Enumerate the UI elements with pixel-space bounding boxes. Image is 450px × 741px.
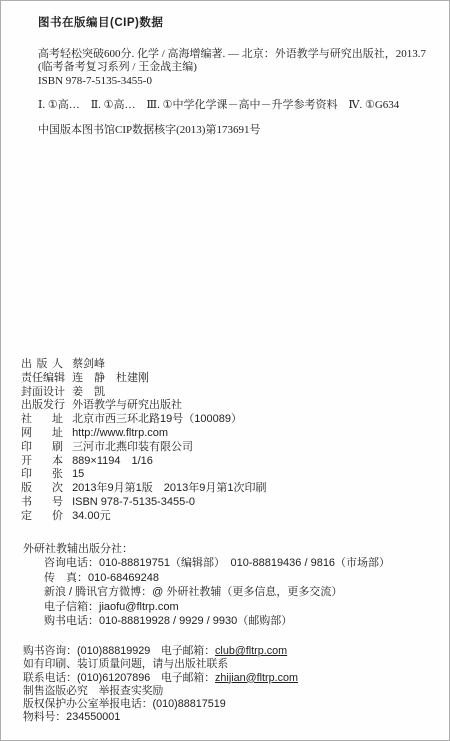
- branch-fax-line: 传 真：010-68469248: [44, 571, 390, 585]
- branch-phone-line: 咨询电话：010-88819751（编辑部） 010-88819436 / 98…: [44, 556, 390, 570]
- quality-issue-line: 如有印刷、装订质量问题，请与出版社联系: [23, 658, 298, 671]
- branch-header: 外研社教辅出版分社：: [23, 542, 390, 556]
- field-label: 开本: [21, 455, 63, 469]
- table-row: 出版人 蔡剑峰: [21, 358, 266, 372]
- table-row: 版次 2013年9月第1版 2013年9月第1次印刷: [21, 482, 266, 496]
- purchase-inquiry-text: 购书咨询：(010)88819929 电子邮箱：: [23, 645, 215, 657]
- field-label: 责任编辑: [21, 372, 63, 386]
- field-value: 889×1194 1/16: [72, 455, 153, 467]
- cip-classification-line: Ⅰ. ①高… Ⅱ. ①高… Ⅲ. ①中学化学课－高中－升学参考资料 Ⅳ. ①G6…: [38, 99, 435, 113]
- publication-info-block: 出版人 蔡剑峰 责任编辑 连 静 杜建刚 封面设计 姜 凯 出版发行 外语教学与…: [21, 358, 266, 524]
- purchase-inquiry-line: 购书咨询：(010)88819929 电子邮箱：club@fltrp.com: [23, 645, 298, 658]
- contact-phone-line: 联系电话：(010)61207896 电子邮箱：zhijian@fltrp.co…: [23, 672, 298, 685]
- table-row: 出版发行 外语教学与研究出版社: [21, 399, 266, 413]
- cip-header: 图书在版编目(CIP)数据: [38, 17, 435, 31]
- field-label: 书号: [21, 496, 63, 510]
- field-label: 社址: [21, 413, 63, 427]
- field-value: 姜 凯: [72, 386, 105, 398]
- branch-order-phone-line: 购书电话：010-88819928 / 9929 / 9930（邮购部）: [44, 614, 390, 628]
- field-value: 15: [72, 468, 84, 480]
- field-label: 封面设计: [21, 386, 63, 400]
- field-value: 34.00元: [72, 510, 111, 522]
- field-value: 蔡剑峰: [72, 358, 105, 370]
- field-label: 网址: [21, 427, 63, 441]
- cip-title-line: 高考轻松突破600分. 化学 / 高海增编著. — 北京：外语教学与研究出版社，…: [38, 48, 435, 62]
- cip-isbn-line: ISBN 978-7-5135-3455-0: [38, 75, 435, 89]
- table-row: 印张 15: [21, 468, 266, 482]
- field-label: 出版发行: [21, 399, 63, 413]
- table-row: 印刷 三河市北燕印装有限公司: [21, 441, 266, 455]
- table-row: 封面设计 姜 凯: [21, 386, 266, 400]
- table-row: 定价 34.00元: [21, 510, 266, 524]
- table-row: 书号 ISBN 978-7-5135-3455-0: [21, 496, 266, 510]
- field-value: 三河市北燕印装有限公司: [72, 441, 193, 453]
- field-label: 印刷: [21, 441, 63, 455]
- table-row: 开本 889×1194 1/16: [21, 455, 266, 469]
- purchase-email: club@fltrp.com: [215, 645, 287, 657]
- branch-email-line: 电子信箱：jiaofu@fltrp.com: [44, 600, 390, 614]
- field-value: 2013年9月第1版 2013年9月第1次印刷: [72, 482, 266, 494]
- anti-piracy-line: 制售盗版必究 举报查实奖励: [23, 685, 298, 698]
- table-row: 网址 http://www.fltrp.com: [21, 427, 266, 441]
- branch-weibo-line: 新浪 / 腾讯官方微博：@ 外研社教辅（更多信息，更多交流）: [44, 585, 390, 599]
- branch-contact-block: 外研社教辅出版分社： 咨询电话：010-88819751（编辑部） 010-88…: [23, 542, 390, 628]
- table-row: 责任编辑 连 静 杜建刚: [21, 372, 266, 386]
- field-label: 印张: [21, 468, 63, 482]
- field-value: 北京市西三环北路19号（100089）: [72, 413, 242, 425]
- field-label: 出版人: [21, 358, 63, 372]
- book-copyright-page: 图书在版编目(CIP)数据 高考轻松突破600分. 化学 / 高海增编著. — …: [0, 0, 450, 741]
- contact-phone-text: 联系电话：(010)61207896 电子邮箱：: [23, 672, 215, 684]
- cip-data-block: 图书在版编目(CIP)数据 高考轻松突破600分. 化学 / 高海增编著. — …: [38, 17, 435, 137]
- field-value: http://www.fltrp.com: [72, 427, 168, 439]
- footer-notice-block: 购书咨询：(010)88819929 电子邮箱：club@fltrp.com 如…: [23, 645, 298, 725]
- cip-series-line: (临考备考复习系列 / 王金战主编): [38, 61, 435, 75]
- field-value: ISBN 978-7-5135-3455-0: [72, 496, 195, 508]
- field-label: 版次: [21, 482, 63, 496]
- material-number-line: 物料号：234550001: [23, 711, 298, 724]
- field-value: 外语教学与研究出版社: [72, 399, 182, 411]
- contact-email: zhijian@fltrp.com: [215, 672, 298, 684]
- field-value: 连 静 杜建刚: [72, 372, 149, 384]
- table-row: 社址 北京市西三环北路19号（100089）: [21, 413, 266, 427]
- field-label: 定价: [21, 510, 63, 524]
- copyright-report-line: 版权保护办公室举报电话：(010)88817519: [23, 698, 298, 711]
- cip-record-number-line: 中国版本图书馆CIP数据核字(2013)第173691号: [38, 124, 435, 138]
- branch-lines: 咨询电话：010-88819751（编辑部） 010-88819436 / 98…: [44, 556, 390, 628]
